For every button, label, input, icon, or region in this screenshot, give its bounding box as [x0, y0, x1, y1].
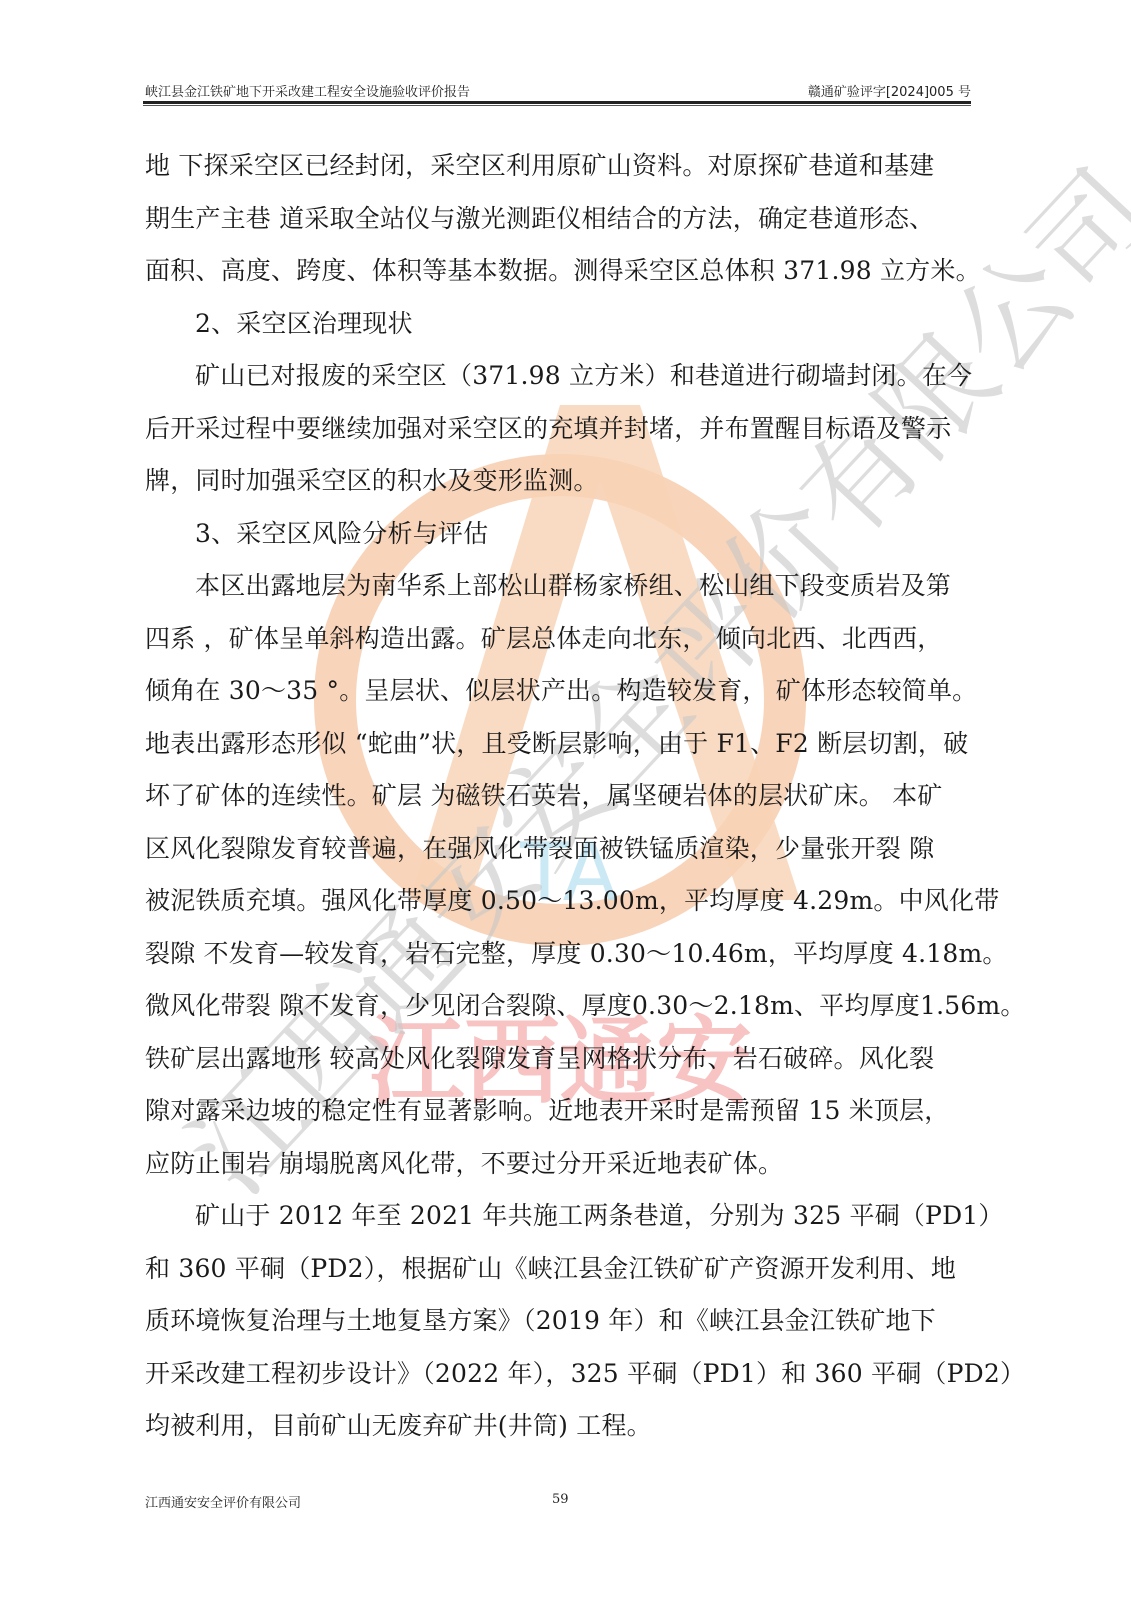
text-line: 区风化裂隙发育较普遍，在强风化带裂面被铁锰质渲染，少量张开裂 隙 — [145, 823, 971, 876]
text-line: 期生产主巷 道采取全站仪与激光测距仪相结合的方法，确定巷道形态、 — [145, 193, 971, 246]
page-header: 峡江县金江铁矿地下开采改建工程安全设施验收评价报告 赣通矿验评字[2024]00… — [145, 78, 971, 100]
document-number: 赣通矿验评字[2024]005 号 — [808, 81, 971, 100]
text-line: 被泥铁质充填。强风化带厚度 0.50～13.00m，平均厚度 4.29m。中风化… — [145, 875, 971, 928]
header-divider — [143, 101, 971, 104]
page-number: 59 — [552, 1492, 569, 1507]
footer-company: 江西通安安全评价有限公司 — [145, 1492, 301, 1511]
text-line: 裂隙 不发育—较发育，岩石完整，厚度 0.30～10.46m，平均厚度 4.18… — [145, 928, 971, 981]
text-line: 矿山已对报废的采空区（371.98 立方米）和巷道进行砌墙封闭。在今 — [145, 350, 971, 403]
body-text: 地 下探采空区已经封闭，采空区利用原矿山资料。对原探矿巷道和基建 期生产主巷 道… — [145, 140, 971, 1453]
section-heading: 2、采空区治理现状 — [145, 298, 971, 351]
text-line: 四系 ，矿体呈单斜构造出露。矿层总体走向北东， 倾向北西、北西西， — [145, 613, 971, 666]
text-line: 本区出露地层为南华系上部松山群杨家桥组、松山组下段变质岩及第 — [145, 560, 971, 613]
text-line: 微风化带裂 隙不发育，少见闭合裂隙、厚度0.30～2.18m、平均厚度1.56m… — [145, 980, 971, 1033]
text-line: 牌，同时加强采空区的积水及变形监测。 — [145, 455, 971, 508]
report-title: 峡江县金江铁矿地下开采改建工程安全设施验收评价报告 — [145, 81, 470, 100]
section-heading: 3、采空区风险分析与评估 — [145, 508, 971, 561]
page-footer: 江西通安安全评价有限公司 59 — [145, 1492, 971, 1514]
text-line: 铁矿层出露地形 较高处风化裂隙发育呈网格状分布、岩石破碎。风化裂 — [145, 1033, 971, 1086]
text-line: 应防止围岩 崩塌脱离风化带，不要过分开采近地表矿体。 — [145, 1138, 971, 1191]
text-line: 质环境恢复治理与土地复垦方案》（2019 年）和《峡江县金江铁矿地下 — [145, 1295, 971, 1348]
text-line: 隙对露采边坡的稳定性有显著影响。近地表开采时是需预留 15 米顶层， — [145, 1085, 971, 1138]
text-line: 均被利用，目前矿山无废弃矿井(井筒) 工程。 — [145, 1400, 971, 1453]
text-line: 地 下探采空区已经封闭，采空区利用原矿山资料。对原探矿巷道和基建 — [145, 140, 971, 193]
text-line: 倾角在 30～35 °。呈层状、似层状产出。构造较发育， 矿体形态较简单。 — [145, 665, 971, 718]
text-line: 后开采过程中要继续加强对采空区的充填并封堵，并布置醒目标语及警示 — [145, 403, 971, 456]
text-line: 坏了矿体的连续性。矿层 为磁铁石英岩，属坚硬岩体的层状矿床。 本矿 — [145, 770, 971, 823]
text-line: 开采改建工程初步设计》（2022 年），325 平硐（PD1）和 360 平硐（… — [145, 1348, 971, 1401]
text-line: 地表出露形态形似 “蛇曲”状，且受断层影响，由于 F1、F2 断层切割，破 — [145, 718, 971, 771]
text-line: 矿山于 2012 年至 2021 年共施工两条巷道，分别为 325 平硐（PD1… — [145, 1190, 971, 1243]
text-line: 面积、高度、跨度、体积等基本数据。测得采空区总体积 371.98 立方米。 — [145, 245, 971, 298]
header-divider-thin — [143, 105, 971, 106]
text-line: 和 360 平硐（PD2），根据矿山《峡江县金江铁矿矿产资源开发利用、地 — [145, 1243, 971, 1296]
